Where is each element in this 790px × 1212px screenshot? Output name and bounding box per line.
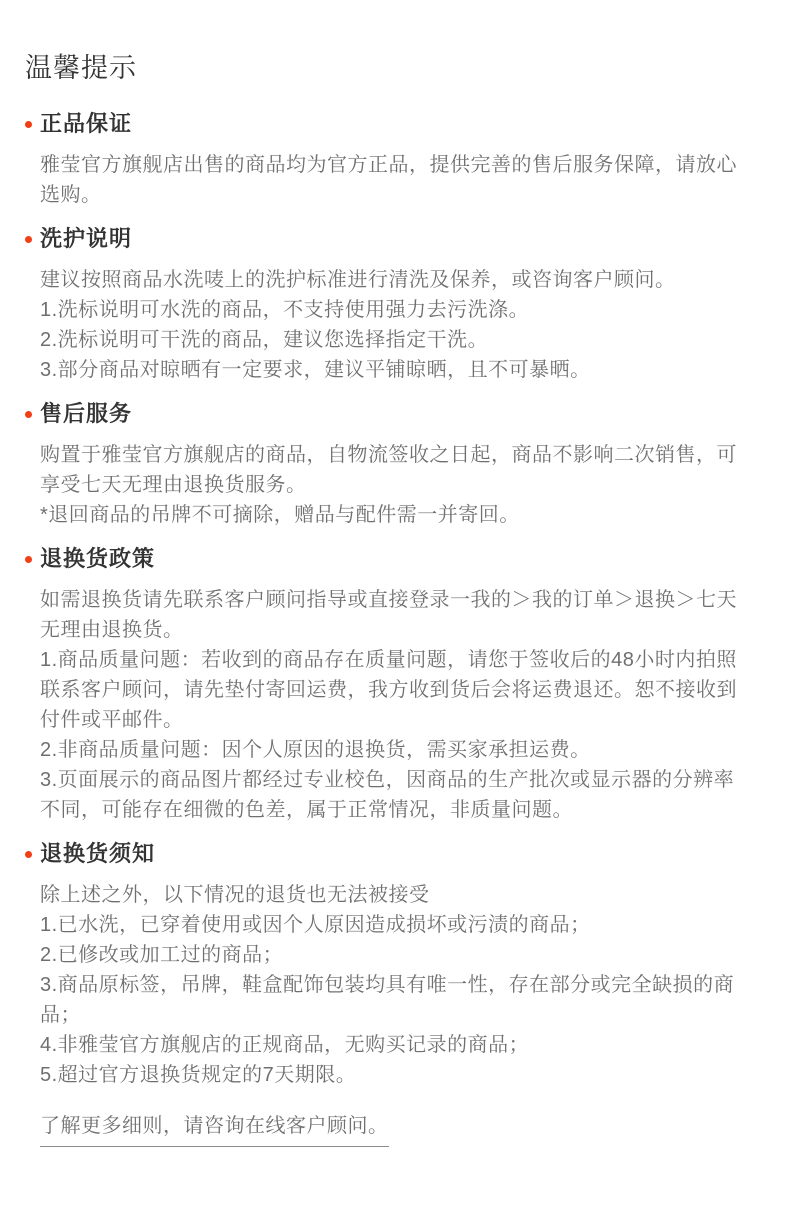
page-title: 温馨提示 [25,50,745,86]
tips-section: 退换货政策 如需退换货请先联系客户顾问指导或直接登录一我的＞我的订单＞退换＞七天… [25,545,745,825]
tips-section: 售后服务 购置于雅莹官方旗舰店的商品，自物流签收之日起，商品不影响二次销售，可享… [25,400,745,530]
section-heading: 正品保证 [40,110,132,138]
section-heading: 退换货须知 [40,840,155,868]
section-body: 雅莹官方旗舰店出售的商品均为官方正品，提供完善的售后服务保障，请放心选购。 [40,150,745,210]
body-line: 2.洗标说明可干洗的商品，建议您选择指定干洗。 [40,325,745,355]
body-line: *退回商品的吊牌不可摘除，赠品与配件需一并寄回。 [40,500,745,530]
body-line: 建议按照商品水洗唛上的洗护标准进行清洗及保养，或咨询客户顾问。 [40,265,745,295]
body-line: 3.页面展示的商品图片都经过专业校色，因商品的生产批次或显示器的分辨率不同，可能… [40,765,745,825]
consult-online-advisor-link[interactable]: 了解更多细则，请咨询在线客户顾问。 [40,1113,389,1147]
tips-section: 退换货须知 除上述之外，以下情况的退货也无法被接受1.已水洗，已穿着使用或因个人… [25,840,745,1090]
bullet-dot-icon [25,411,32,418]
section-heading: 售后服务 [40,400,132,428]
section-heading-row: 售后服务 [25,400,745,428]
section-heading: 退换货政策 [40,545,155,573]
body-line: 3.商品原标签，吊牌，鞋盒配饰包装均具有唯一性，存在部分或完全缺损的商品； [40,970,745,1030]
body-line: 3.部分商品对晾晒有一定要求，建议平铺晾晒，且不可暴晒。 [40,355,745,385]
body-line: 4.非雅莹官方旗舰店的正规商品，无购买记录的商品； [40,1030,745,1060]
section-body: 如需退换货请先联系客户顾问指导或直接登录一我的＞我的订单＞退换＞七天无理由退换货… [40,585,745,825]
bullet-dot-icon [25,236,32,243]
section-heading-row: 洗护说明 [25,225,745,253]
body-line: 1.已水洗，已穿着使用或因个人原因造成损坏或污渍的商品； [40,910,745,940]
body-line: 雅莹官方旗舰店出售的商品均为官方正品，提供完善的售后服务保障，请放心选购。 [40,150,745,210]
section-body: 除上述之外，以下情况的退货也无法被接受1.已水洗，已穿着使用或因个人原因造成损坏… [40,880,745,1090]
body-line: 1.商品质量问题：若收到的商品存在质量问题，请您于签收后的48小时内拍照联系客户… [40,645,745,735]
section-heading-row: 退换货政策 [25,545,745,573]
body-line: 1.洗标说明可水洗的商品，不支持使用强力去污洗涤。 [40,295,745,325]
body-line: 2.已修改或加工过的商品； [40,940,745,970]
section-heading-row: 退换货须知 [25,840,745,868]
section-heading: 洗护说明 [40,225,132,253]
tips-section: 洗护说明 建议按照商品水洗唛上的洗护标准进行清洗及保养，或咨询客户顾问。1.洗标… [25,225,745,385]
body-line: 如需退换货请先联系客户顾问指导或直接登录一我的＞我的订单＞退换＞七天无理由退换货… [40,585,745,645]
body-line: 除上述之外，以下情况的退货也无法被接受 [40,880,745,910]
body-line: 2.非商品质量问题：因个人原因的退换货，需买家承担运费。 [40,735,745,765]
body-line: 5.超过官方退换货规定的7天期限。 [40,1060,745,1090]
section-heading-row: 正品保证 [25,110,745,138]
body-line: 购置于雅莹官方旗舰店的商品，自物流签收之日起，商品不影响二次销售，可享受七天无理… [40,440,745,500]
bullet-dot-icon [25,121,32,128]
bullet-dot-icon [25,556,32,563]
tips-section: 正品保证 雅莹官方旗舰店出售的商品均为官方正品，提供完善的售后服务保障，请放心选… [25,110,745,210]
warm-tips-page: 温馨提示 正品保证 雅莹官方旗舰店出售的商品均为官方正品，提供完善的售后服务保障… [0,0,790,1147]
sections-container: 正品保证 雅莹官方旗舰店出售的商品均为官方正品，提供完善的售后服务保障，请放心选… [25,110,745,1090]
section-body: 建议按照商品水洗唛上的洗护标准进行清洗及保养，或咨询客户顾问。1.洗标说明可水洗… [40,265,745,385]
section-body: 购置于雅莹官方旗舰店的商品，自物流签收之日起，商品不影响二次销售，可享受七天无理… [40,440,745,530]
bullet-dot-icon [25,851,32,858]
